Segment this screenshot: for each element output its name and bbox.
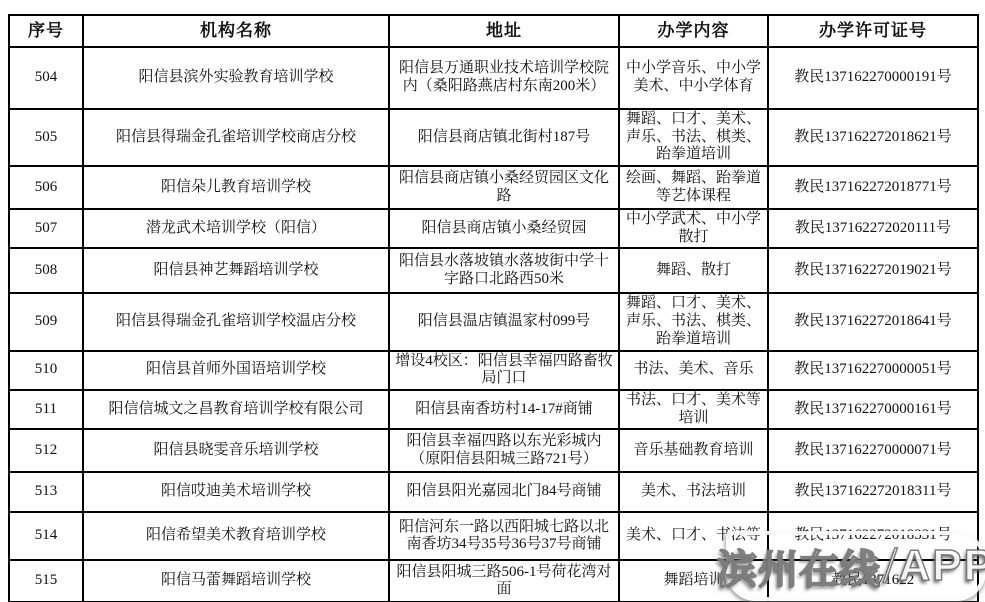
cell-license: 教民137162270000071号 (768, 429, 978, 472)
document-page: 序号 机构名称 地址 办学内容 办学许可证号 504阳信县滨外实验教育培训学校阳… (0, 0, 985, 602)
cell-institution-name: 阳信希望美术教育培训学校 (83, 512, 389, 560)
cell-address: 阳信县南香坊村14-17#商铺 (389, 390, 619, 429)
cell-address: 阳信县阳城三路506-1号荷花湾对面 (389, 560, 619, 602)
cell-address: 阳信县水落坡镇水落坡街中学十字路口北路西50米 (389, 248, 619, 293)
cell-address: 阳信河东一路以西阳城七路以北南香坊34号35号36号37号商铺 (389, 512, 619, 560)
cell-address: 阳信县温店镇温家村099号 (389, 293, 619, 350)
cell-serial: 505 (9, 109, 83, 166)
cell-content: 美术、口才、书法等 (619, 512, 768, 560)
cell-serial: 510 (9, 351, 83, 390)
header-address: 地址 (389, 15, 619, 47)
cell-address: 阳信县商店镇小桑经贸园 (389, 209, 619, 248)
cell-serial: 514 (9, 512, 83, 560)
table-row: 511阳信信城文之昌教育培训学校有限公司阳信县南香坊村14-17#商铺书法、口才… (9, 390, 978, 429)
cell-content: 舞蹈培训 (619, 560, 768, 602)
header-license: 办学许可证号 (768, 15, 978, 47)
header-serial: 序号 (9, 15, 83, 47)
cell-serial: 506 (9, 166, 83, 209)
cell-license: 教民137162272018641号 (768, 293, 978, 350)
cell-address: 阳信县商店镇小桑经贸园区文化路 (389, 166, 619, 209)
training-institutions-table: 序号 机构名称 地址 办学内容 办学许可证号 504阳信县滨外实验教育培训学校阳… (8, 14, 979, 602)
cell-institution-name: 阳信县得瑞金孔雀培训学校商店分校 (83, 109, 389, 166)
cell-serial: 504 (9, 47, 83, 109)
cell-institution-name: 阳信信城文之昌教育培训学校有限公司 (83, 390, 389, 429)
table-row: 504阳信县滨外实验教育培训学校阳信县万通职业技术培训学校院内（桑阳路燕店村东南… (9, 47, 978, 109)
cell-serial: 507 (9, 209, 83, 248)
cell-license: 教民137162272018331号 (768, 512, 978, 560)
table-row: 506阳信朵儿教育培训学校阳信县商店镇小桑经贸园区文化路绘画、舞蹈、跆拳道等艺体… (9, 166, 978, 209)
cell-institution-name: 阳信朵儿教育培训学校 (83, 166, 389, 209)
cell-content: 美术、书法培训 (619, 472, 768, 512)
cell-serial: 511 (9, 390, 83, 429)
cell-institution-name: 阳信马蕾舞蹈培训学校 (83, 560, 389, 602)
cell-address: 阳信县幸福四路以东光彩城内（原阳信县阳城三路721号） (389, 429, 619, 472)
cell-license: 教民137162270000051号 (768, 351, 978, 390)
table-row: 507潜龙武术培训学校（阳信）阳信县商店镇小桑经贸园中小学武术、中小学散打教民1… (9, 209, 978, 248)
header-institution-name: 机构名称 (83, 15, 389, 47)
cell-institution-name: 潜龙武术培训学校（阳信） (83, 209, 389, 248)
cell-institution-name: 阳信县首师外国语培训学校 (83, 351, 389, 390)
cell-content: 舞蹈、散打 (619, 248, 768, 293)
cell-content: 中小学音乐、中小学美术、中小学体育 (619, 47, 768, 109)
table-row: 508阳信县神艺舞蹈培训学校阳信县水落坡镇水落坡街中学十字路口北路西50米舞蹈、… (9, 248, 978, 293)
cell-license: 教民137162272018621号 (768, 109, 978, 166)
cell-content: 书法、口才、美术等培训 (619, 390, 768, 429)
cell-institution-name: 阳信县神艺舞蹈培训学校 (83, 248, 389, 293)
cell-license: 教民137162272019021号 (768, 248, 978, 293)
cell-content: 书法、美术、音乐 (619, 351, 768, 390)
cell-content: 中小学武术、中小学散打 (619, 209, 768, 248)
cell-license: 教民1371622 (768, 560, 978, 602)
cell-content: 舞蹈、口才、美术、声乐、书法、棋类、跆拳道培训 (619, 109, 768, 166)
cell-institution-name: 阳信县晓雯音乐培训学校 (83, 429, 389, 472)
cell-address: 阳信县商店镇北街村187号 (389, 109, 619, 166)
cell-address: 增设4校区：阳信县幸福四路畜牧局门口 (389, 351, 619, 390)
table-header-row: 序号 机构名称 地址 办学内容 办学许可证号 (9, 15, 978, 47)
table-row: 515阳信马蕾舞蹈培训学校阳信县阳城三路506-1号荷花湾对面舞蹈培训教民137… (9, 560, 978, 602)
table-row: 510阳信县首师外国语培训学校增设4校区：阳信县幸福四路畜牧局门口书法、美术、音… (9, 351, 978, 390)
cell-serial: 509 (9, 293, 83, 350)
table-row: 505阳信县得瑞金孔雀培训学校商店分校阳信县商店镇北街村187号舞蹈、口才、美术… (9, 109, 978, 166)
cell-license: 教民137162272018771号 (768, 166, 978, 209)
cell-serial: 515 (9, 560, 83, 602)
cell-license: 教民137162272020111号 (768, 209, 978, 248)
cell-address: 阳信县阳光嘉园北门84号商铺 (389, 472, 619, 512)
cell-content: 舞蹈、口才、美术、声乐、书法、棋类、跆拳道培训 (619, 293, 768, 350)
cell-content: 音乐基础教育培训 (619, 429, 768, 472)
cell-institution-name: 阳信县滨外实验教育培训学校 (83, 47, 389, 109)
cell-serial: 508 (9, 248, 83, 293)
cell-address: 阳信县万通职业技术培训学校院内（桑阳路燕店村东南200米） (389, 47, 619, 109)
cell-institution-name: 阳信哎迪美术培训学校 (83, 472, 389, 512)
table-row: 509阳信县得瑞金孔雀培训学校温店分校阳信县温店镇温家村099号舞蹈、口才、美术… (9, 293, 978, 350)
cell-serial: 512 (9, 429, 83, 472)
cell-content: 绘画、舞蹈、跆拳道等艺体课程 (619, 166, 768, 209)
cell-license: 教民137162270000191号 (768, 47, 978, 109)
cell-serial: 513 (9, 472, 83, 512)
cell-institution-name: 阳信县得瑞金孔雀培训学校温店分校 (83, 293, 389, 350)
table-row: 513阳信哎迪美术培训学校阳信县阳光嘉园北门84号商铺美术、书法培训教民1371… (9, 472, 978, 512)
table-row: 514阳信希望美术教育培训学校阳信河东一路以西阳城七路以北南香坊34号35号36… (9, 512, 978, 560)
cell-license: 教民137162272018311号 (768, 472, 978, 512)
table-row: 512阳信县晓雯音乐培训学校阳信县幸福四路以东光彩城内（原阳信县阳城三路721号… (9, 429, 978, 472)
header-content: 办学内容 (619, 15, 768, 47)
cell-license: 教民137162270000161号 (768, 390, 978, 429)
